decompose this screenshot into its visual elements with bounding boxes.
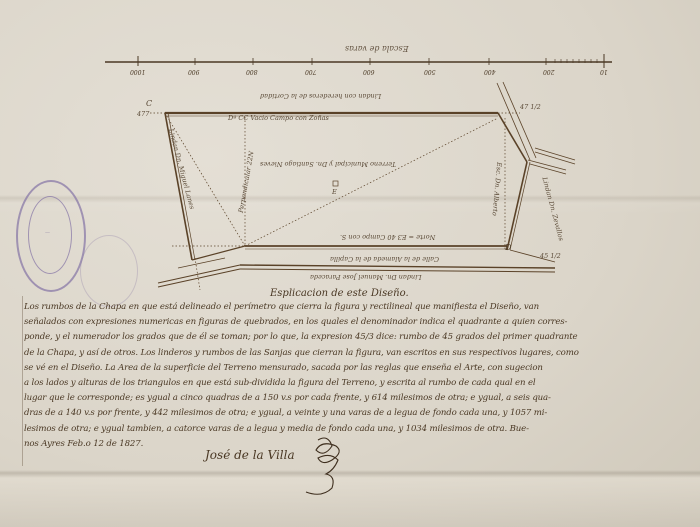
signature-flourish-icon xyxy=(0,0,700,527)
